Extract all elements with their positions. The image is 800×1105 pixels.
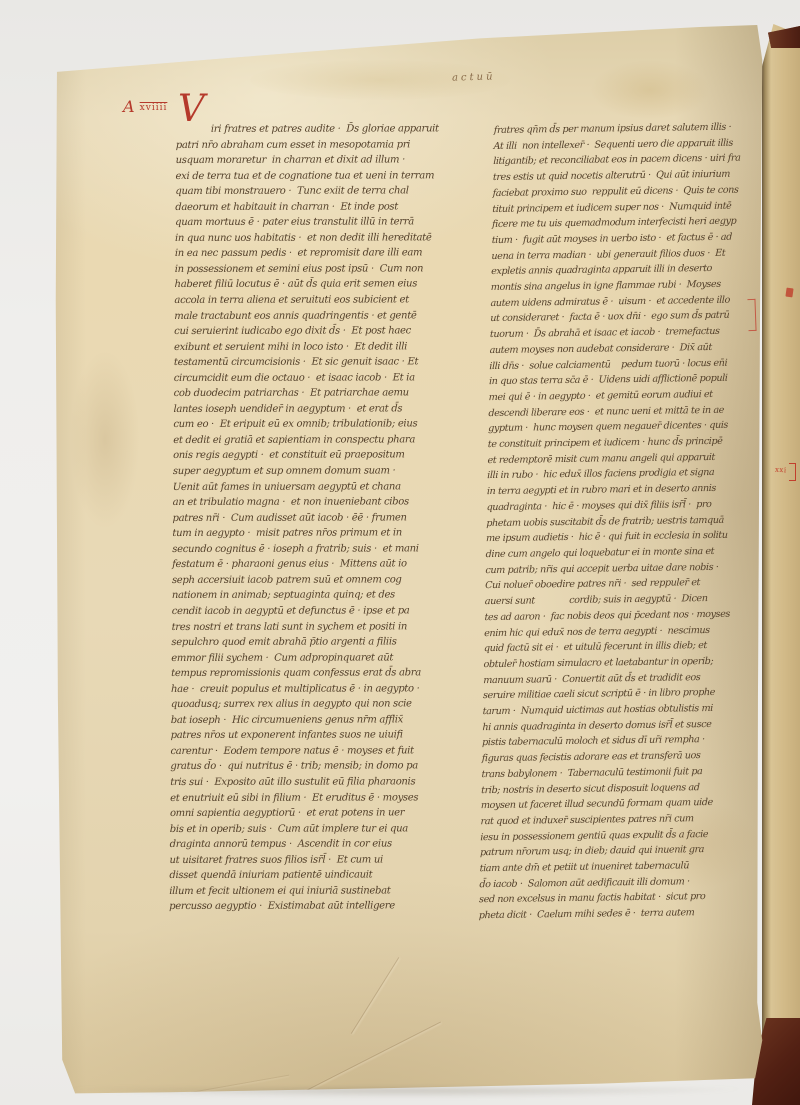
manuscript-line: secundo cognitus ē · ioseph a fratrib; s… bbox=[172, 541, 458, 557]
manuscript-line: quoadusq; surrex rex alius in aegypto qu… bbox=[171, 696, 457, 712]
adjacent-folio-edge bbox=[762, 24, 800, 1082]
manuscript-line: iri fratres et patres audite · D̄s glori… bbox=[176, 121, 462, 137]
manuscript-line: percusso aegyptio · Existimabat aūt inte… bbox=[169, 899, 455, 915]
manuscript-line: testamentū circumcisionis · Et sic genui… bbox=[174, 354, 460, 370]
manuscript-line: draginta annorū tempus · Ascendit in cor… bbox=[170, 836, 456, 852]
manuscript-line: emmor filii sychem · Cum adpropinquaret … bbox=[171, 650, 457, 666]
manuscript-line: cui seruierint iudicabo ego dixit d̄s · … bbox=[174, 323, 460, 339]
manuscript-line: tres nostri et trans lati sunt in sychem… bbox=[172, 619, 458, 635]
manuscript-line: accola in terra aliena et seruituti eos … bbox=[174, 292, 460, 308]
fore-edge-chapter-note: xxi bbox=[775, 466, 787, 475]
manuscript-line: bis et in operib; suis · Cum aūt implere… bbox=[170, 821, 456, 837]
manuscript-line: daeorum et habitauit in charran · Et ind… bbox=[175, 199, 461, 215]
manuscript-line: circumcidit eum die octauo · et isaac ia… bbox=[174, 370, 460, 386]
manuscript-line: bat ioseph · Hic circumueniens genus nr̄… bbox=[171, 712, 457, 728]
chapter-numeral: xviiii bbox=[140, 103, 168, 113]
manuscript-line: patres nr̄os ut exponerent infantes suos… bbox=[171, 728, 457, 744]
text-column-right: fratres qn̄m d̄s per manum ipsius daret … bbox=[479, 119, 758, 924]
manuscript-line: an et tribulatio magna · et non inuenieb… bbox=[173, 494, 459, 510]
manuscript-line: cob duodecim patriarchas · Et patriarcha… bbox=[174, 386, 460, 402]
manuscript-line: carentur · Eodem tempore natus ē · moyse… bbox=[170, 743, 456, 759]
manuscript-line: tris sui · Exposito aūt illo sustulit eū… bbox=[170, 774, 456, 790]
manuscript-line: tempus repromissionis quam confessus era… bbox=[171, 665, 457, 681]
manuscript-line: lantes ioseph uendider̄ in aegyptum · et… bbox=[173, 401, 459, 417]
manuscript-line: patres nr̄i · Cum audisset aūt iacob · ē… bbox=[172, 510, 458, 526]
manuscript-line: omni sapientia aegyptiorū · et erat pote… bbox=[170, 805, 456, 821]
manuscript-line: et dedit ei gratiā et sapientiam in cons… bbox=[173, 432, 459, 448]
manuscript-line: nationem in animab; septuaginta quinq; e… bbox=[172, 588, 458, 604]
manuscript-line: in ea nec passum pedis · et repromisit d… bbox=[175, 246, 461, 262]
manuscript-line: exibunt et seruient mihi in loco isto · … bbox=[174, 339, 460, 355]
manuscript-line: super aegyptum et sup omnem domum suam · bbox=[173, 463, 459, 479]
parchment-crease bbox=[351, 957, 400, 1034]
manuscript-line: cum eo · Et eripuit eū ex omnib; tribula… bbox=[173, 417, 459, 433]
manuscript-line: in possessionem et semini eius post ipsū… bbox=[175, 261, 461, 277]
manuscript-line: in qua nunc uos habitatis · et non dedit… bbox=[175, 230, 461, 246]
manuscript-line: tum in aegypto · misit patres nr̄os prim… bbox=[172, 525, 458, 541]
manuscript-line: exi de terra tua et de cognatione tua et… bbox=[175, 168, 461, 184]
fore-edge-red-mark bbox=[785, 288, 793, 298]
manuscript-line: illum et fecit ultionem ei qui iniuriā s… bbox=[169, 883, 455, 899]
manuscript-line: cendit iacob in aegyptū et defunctus ē ·… bbox=[172, 603, 458, 619]
manuscript-line: hae · creuit populus et multiplicatus ē … bbox=[171, 681, 457, 697]
running-title: actuū bbox=[452, 71, 496, 83]
manuscript-line: haberet filiū locutus ē · aūt d̄s quia e… bbox=[175, 277, 461, 293]
manuscript-line: patri nr̄o abraham cum esset in mesopota… bbox=[176, 137, 462, 153]
manuscript-line: ut uisitaret fratres suos filios isr̄l̄ … bbox=[169, 852, 455, 868]
manuscript-line: Uenit aūt fames in uniuersam aegyptū et … bbox=[173, 479, 459, 495]
parchment-stain bbox=[590, 60, 710, 120]
parchment-stain bbox=[70, 350, 140, 530]
manuscript-line: gratus d̄o · qui nutritus ē · trib; mens… bbox=[170, 759, 456, 775]
manuscript-line: et enutriuit eū sibi in filium · Et erud… bbox=[170, 790, 456, 806]
fore-edge-red-bracket bbox=[789, 463, 796, 481]
chapter-letter: A bbox=[123, 97, 135, 116]
photograph-background: xxi actuū A xviiii V iri fratres et patr… bbox=[0, 0, 800, 1105]
manuscript-line: onis regis aegypti · et constituit eū pr… bbox=[173, 448, 459, 464]
manuscript-line: festatum ē · pharaoni genus eius · Mitte… bbox=[172, 557, 458, 573]
manuscript-line: sepulchro quod emit abrahā p̄tio argenti… bbox=[171, 634, 457, 650]
manuscript-line: quam tibi monstrauero · Tunc exiit de te… bbox=[175, 183, 461, 199]
manuscript-line: seph accersiuit iacob patrem suū et omne… bbox=[172, 572, 458, 588]
manuscript-line: disset quendā iniuriam patientē uindicau… bbox=[169, 868, 455, 884]
page-drop-shadow bbox=[60, 1088, 750, 1098]
manuscript-line: male tractabunt eos annis quadringentis … bbox=[174, 308, 460, 324]
chapter-number-rubric: A xviiii bbox=[123, 97, 167, 116]
margin-red-bracket bbox=[747, 299, 756, 331]
text-column-left: iri fratres et patres audite · D̄s glori… bbox=[169, 121, 462, 915]
manuscript-line: usquam moraretur in charran et dixit ad … bbox=[176, 152, 462, 168]
manuscript-line: quam mortuus ē · pater eius transtulit i… bbox=[175, 215, 461, 231]
